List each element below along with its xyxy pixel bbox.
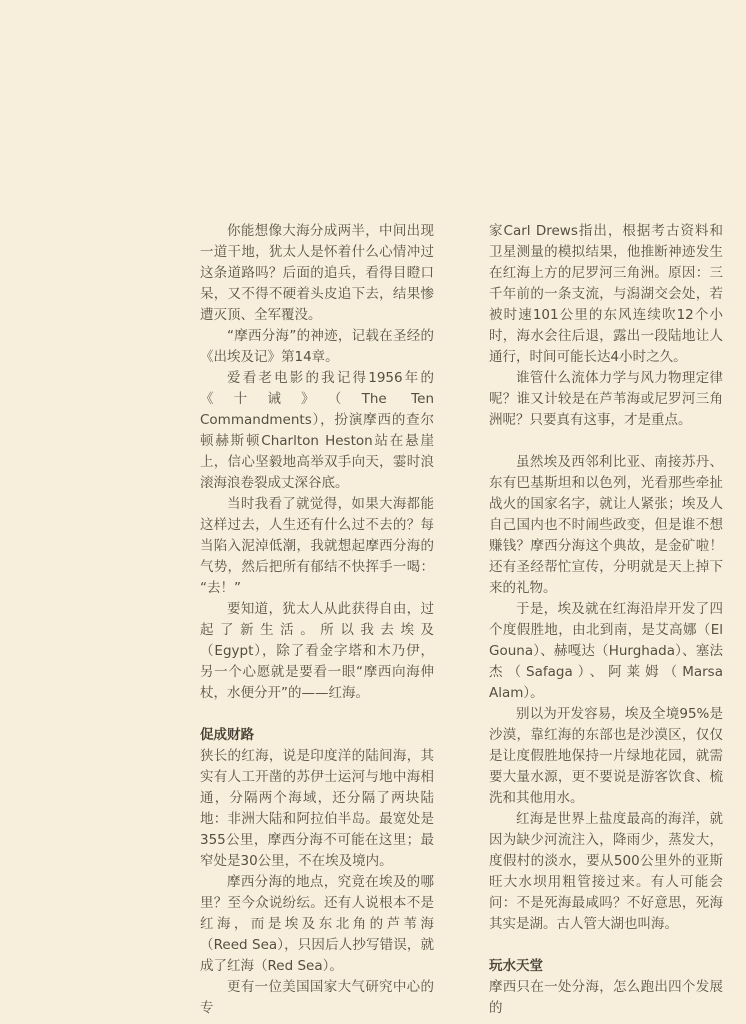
paragraph: 别以为开发容易，埃及全境95%是沙漠，靠红海的东部也是沙漠区，仅仅是让度假胜地保… [489,704,723,809]
paragraph: 谁管什么流体力学与风力物理定律呢？谁又计较是在芦苇海或尼罗河三角洲呢？只要真有这… [489,368,723,431]
paragraph: 摩西只在一处分海，怎么跑出四个发展的 [489,977,723,1019]
paragraph: 虽然埃及西邻利比亚、南接苏丹、东有巴基斯坦和以色列，光看那些牵扯战火的国家名字，… [489,452,723,599]
paragraph: 当时我看了就觉得，如果大海都能这样过去，人生还有什么过不去的？每当陷入泥淖低潮，… [200,494,434,599]
paragraph: 更有一位美国国家大气研究中心的专 [200,977,434,1019]
paragraph: 红海是世界上盐度最高的海洋，就因为缺少河流注入，降雨少，蒸发大，度假村的淡水，要… [489,809,723,935]
section-heading: 促成财路 [200,725,434,746]
section-heading: 玩水天堂 [489,956,723,977]
article-right-column: 家Carl Drews指出，根据考古资料和卫星测量的模拟结果，他推断神迹发生在红… [489,221,723,1019]
paragraph: 家Carl Drews指出，根据考古资料和卫星测量的模拟结果，他推断神迹发生在红… [489,221,723,368]
paragraph: 要知道，犹太人从此获得自由，过起了新生活。所以我去埃及（Egypt），除了看金字… [200,599,434,704]
book-page: 你能想像大海分成两半，中间出现一道干地，犹太人是怀着什么心情冲过这条道路吗？后面… [0,0,746,1024]
paragraph: “摩西分海”的神迹，记载在圣经的《出埃及记》第14章。 [200,326,434,368]
paragraph: 摩西分海的地点，究竟在埃及的哪里？至今众说纷纭。还有人说根本不是红海，而是埃及东… [200,872,434,977]
article-left-column: 你能想像大海分成两半，中间出现一道干地，犹太人是怀着什么心情冲过这条道路吗？后面… [200,221,434,1019]
paragraph: 爱看老电影的我记得1956年的《十诫》（The Ten Commandments… [200,368,434,494]
paragraph: 你能想像大海分成两半，中间出现一道干地，犹太人是怀着什么心情冲过这条道路吗？后面… [200,221,434,326]
paragraph: 于是，埃及就在红海沿岸开发了四个度假胜地，由北到南，是艾高娜（El Gouna）… [489,599,723,704]
paragraph: 狭长的红海，说是印度洋的陆间海，其实有人工开凿的苏伊士运河与地中海相通，分隔两个… [200,746,434,872]
